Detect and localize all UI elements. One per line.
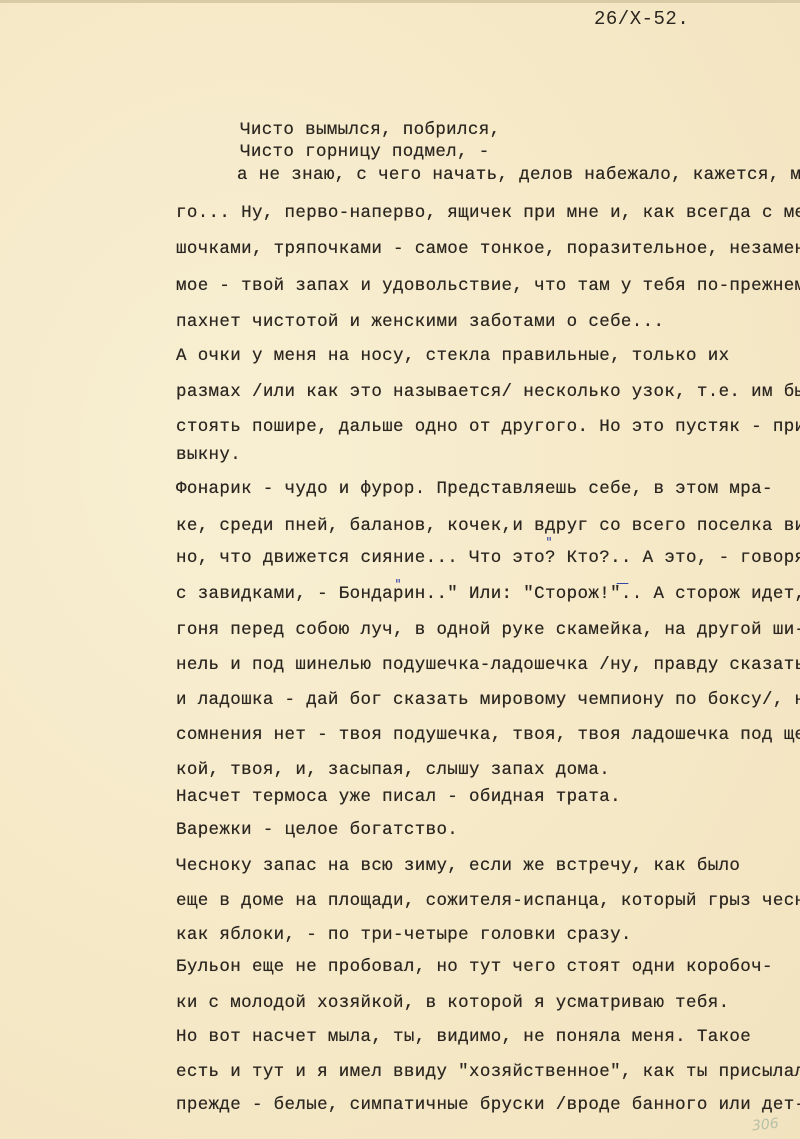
text-line: гоня перед собою луч, в одной руке скаме… (176, 620, 800, 640)
text-line: размах /или как это называется/ нескольк… (176, 382, 800, 402)
text-line: с завидками, - Бондарин.." Или: "Сторож!… (176, 584, 800, 604)
text-line: А очки у меня на носу, стекла правильные… (176, 346, 729, 366)
text-line: Варежки - целое богатство. (176, 820, 458, 840)
text-line: Фонарик - чудо и фурор. Представляешь се… (176, 479, 773, 499)
handwritten-close-quote-mark: " (395, 578, 401, 593)
text-line: есть и тут и я имел ввиду "хозяйственное… (176, 1062, 800, 1082)
text-line: Чисто вымылся, побрился, (240, 120, 500, 140)
text-line: Чесноку запас на всю зиму, если же встре… (176, 856, 740, 876)
letter-date: 26/X-52. (594, 8, 689, 30)
text-line: Бульон еще не пробовал, но тут чего стоя… (176, 957, 773, 977)
text-line: прежде - белые, симпатичные бруски /врод… (176, 1095, 800, 1115)
text-line: выкну. (176, 445, 241, 465)
text-line: стоять пошире, дальше одно от другого. Н… (176, 417, 800, 437)
handwritten-dash-mark: — (616, 576, 629, 591)
text-line: кой, твоя, и, засыпая, слышу запах дома. (176, 760, 610, 780)
text-line: ки с молодой хозяйкой, в которой я усмат… (176, 993, 729, 1013)
page-top-edge (0, 0, 800, 3)
text-line: еще в доме на площади, сожителя-испанца,… (176, 891, 800, 911)
text-line: пахнет чистотой и женскими заботами о се… (176, 312, 664, 332)
text-line: мое - твой запах и удовольствие, что там… (176, 276, 800, 296)
text-line: как яблоки, - по три-четыре головки сраз… (176, 925, 632, 945)
text-line: но, что движется сияние... Что это? Кто?… (176, 548, 800, 568)
text-line: и ладошка - дай бог сказать мировому чем… (176, 690, 800, 710)
text-line: Но вот насчет мыла, ты, видимо, не понял… (176, 1027, 751, 1047)
text-line: нель и под шинелью подушечка-ладошечка /… (176, 655, 800, 675)
text-line: сомнения нет - твоя подушечка, твоя, тво… (176, 725, 800, 745)
handwritten-open-quote-mark: " (546, 536, 552, 551)
text-line: ке, среди пней, баланов, кочек,и вдруг с… (176, 516, 800, 536)
text-line: шочками, тряпочками - самое тонкое, пора… (176, 239, 800, 259)
text-line: го... Ну, перво-наперво, ящичек при мне … (176, 203, 800, 223)
text-line: Насчет термоса уже писал - обидная трата… (176, 787, 621, 807)
text-line: а не знаю, с чего начать, делов набежало… (237, 165, 800, 185)
text-line: Чисто горницу подмел, - (240, 142, 490, 162)
archive-page-number: 306 (751, 1116, 779, 1135)
